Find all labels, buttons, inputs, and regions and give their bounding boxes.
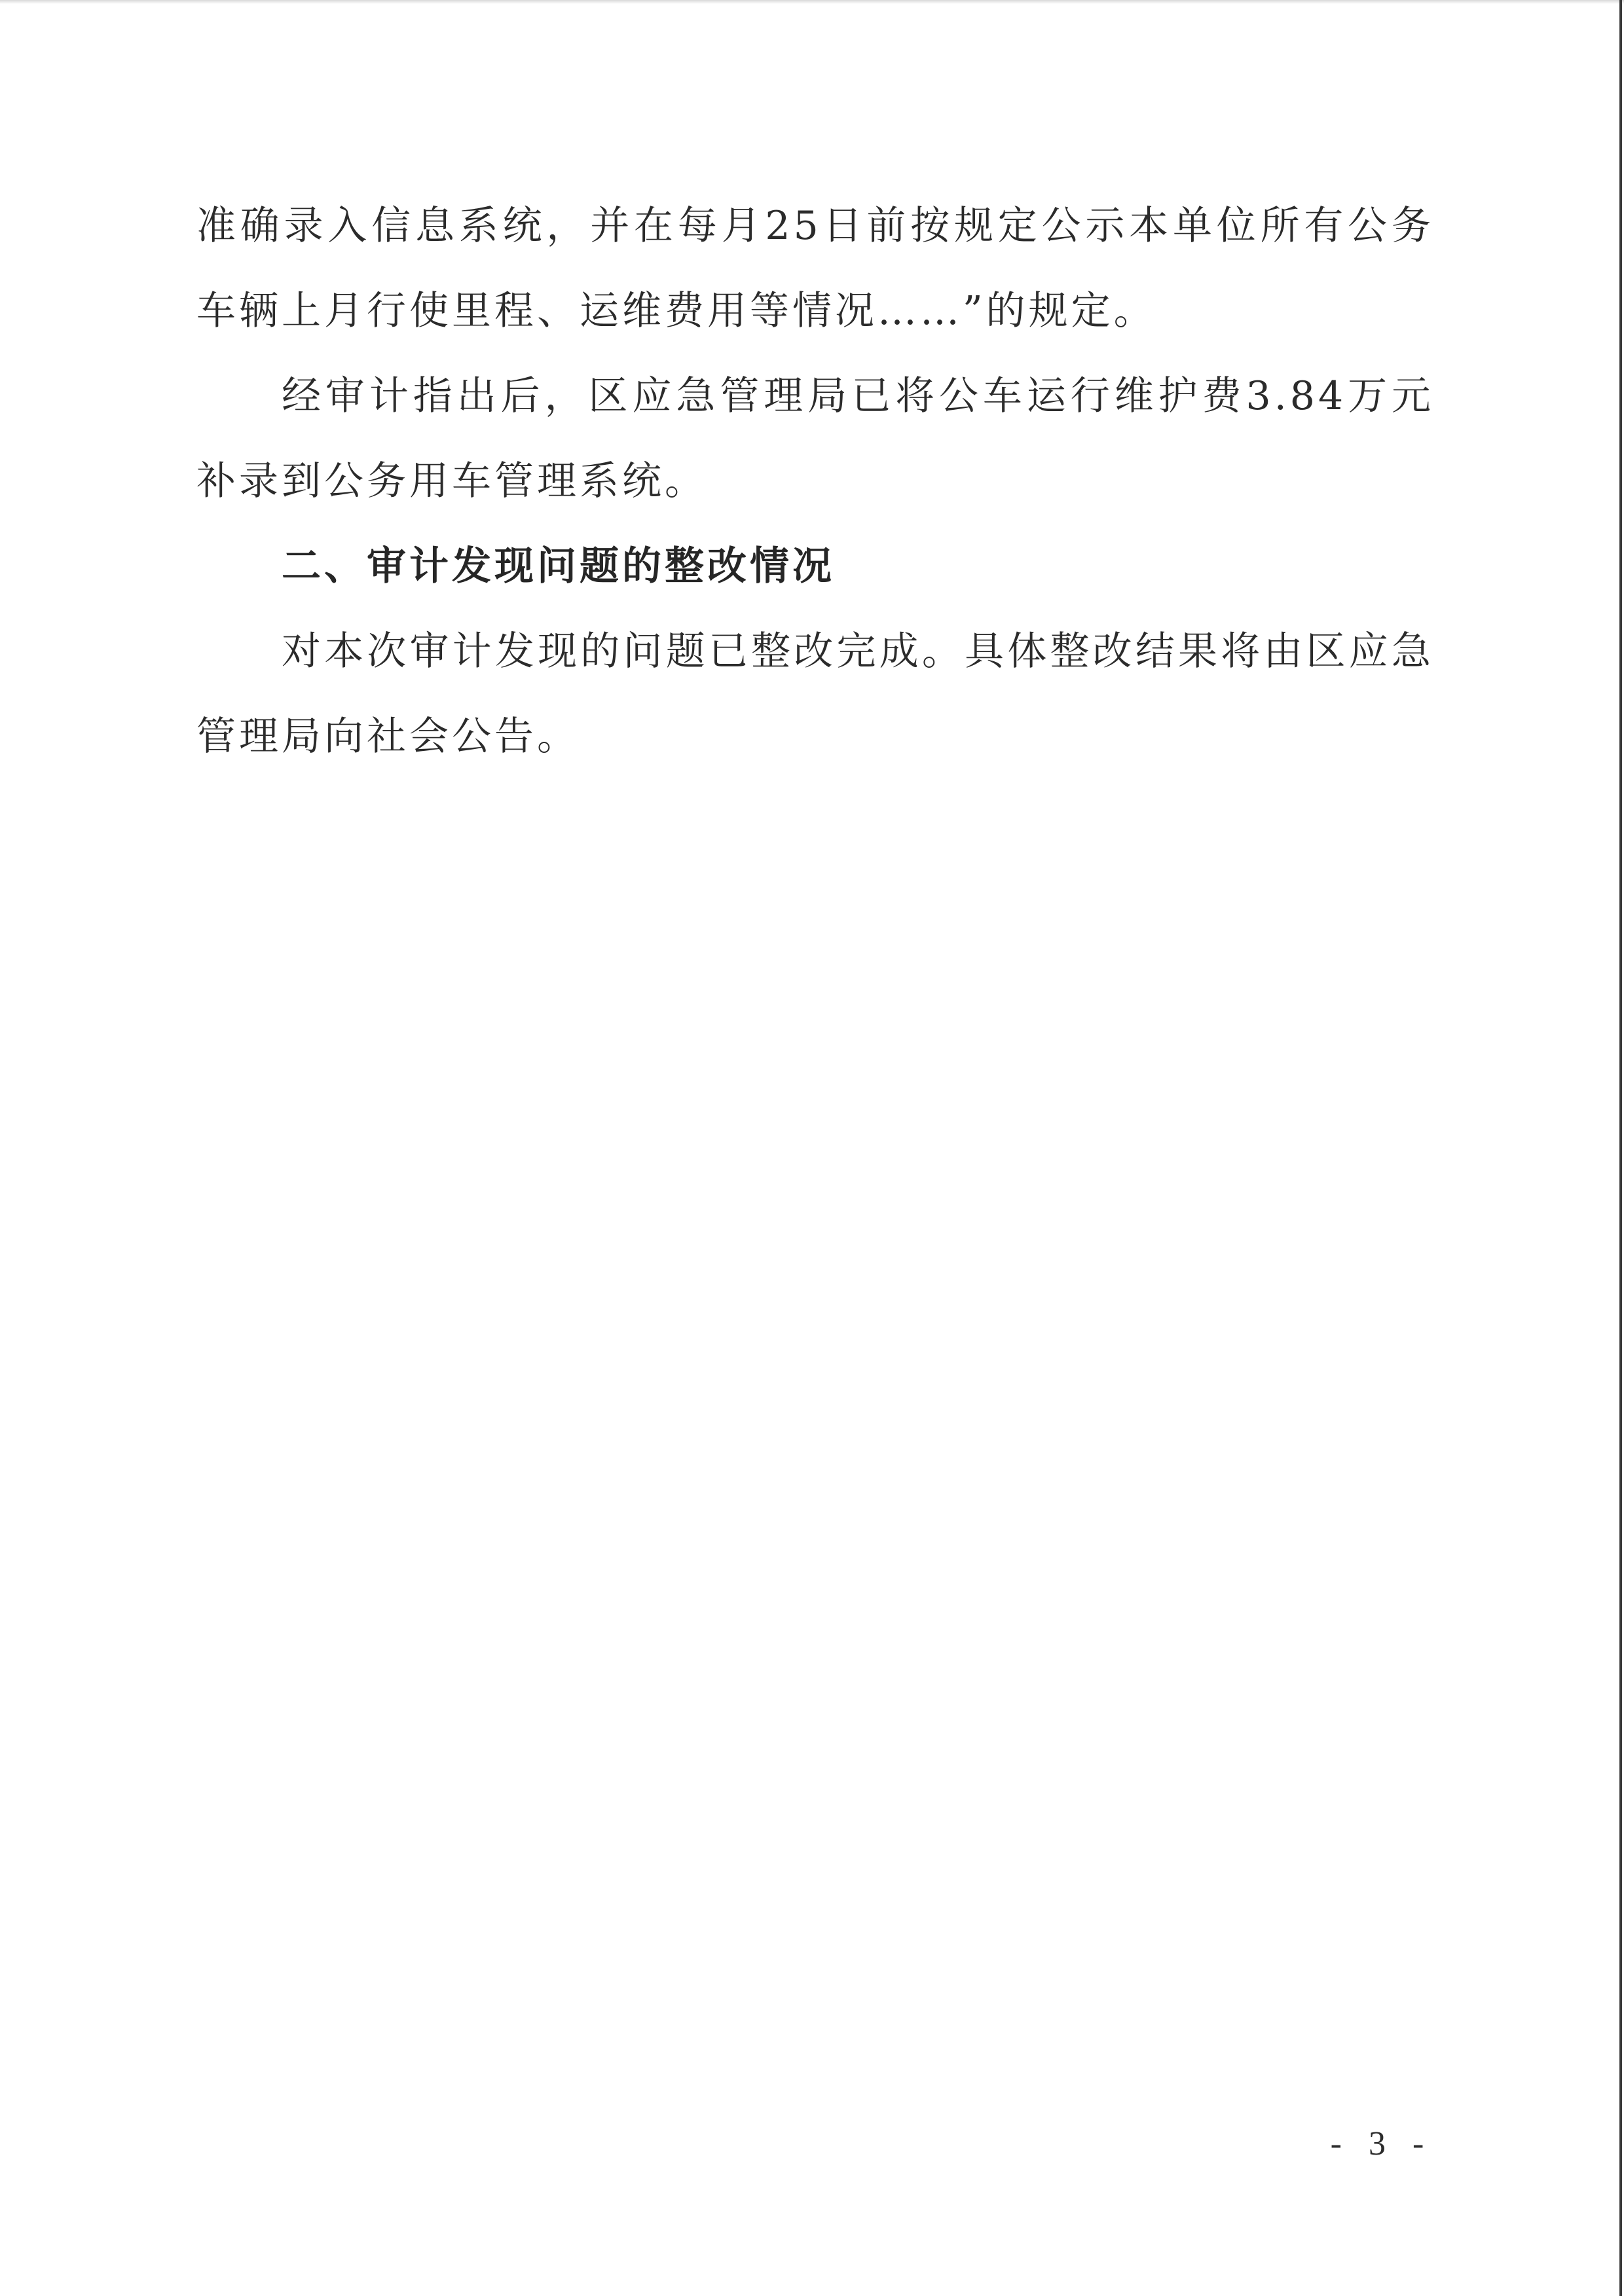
section-heading: 二、审计发现问题的整改情况 [196,524,1434,609]
paragraph-rectification-note: 经审计指出后，区应急管理局已将公车运行维护费3.84万元补录到公务用车管理系统。 [196,354,1434,524]
document-page: 准确录入信息系统，并在每月25日前按规定公示本单位所有公务车辆上月行使里程、运维… [0,0,1624,2296]
paragraph-continuation: 准确录入信息系统，并在每月25日前按规定公示本单位所有公务车辆上月行使里程、运维… [196,183,1434,354]
document-body: 准确录入信息系统，并在每月25日前按规定公示本单位所有公务车辆上月行使里程、运维… [196,183,1434,779]
scan-edge-right [1619,0,1622,2296]
page-number: - 3 - [1329,2124,1434,2163]
paragraph-rectification-result: 对本次审计发现的问题已整改完成。具体整改结果将由区应急管理局向社会公告。 [196,609,1434,779]
scan-edge-top [0,0,1624,4]
